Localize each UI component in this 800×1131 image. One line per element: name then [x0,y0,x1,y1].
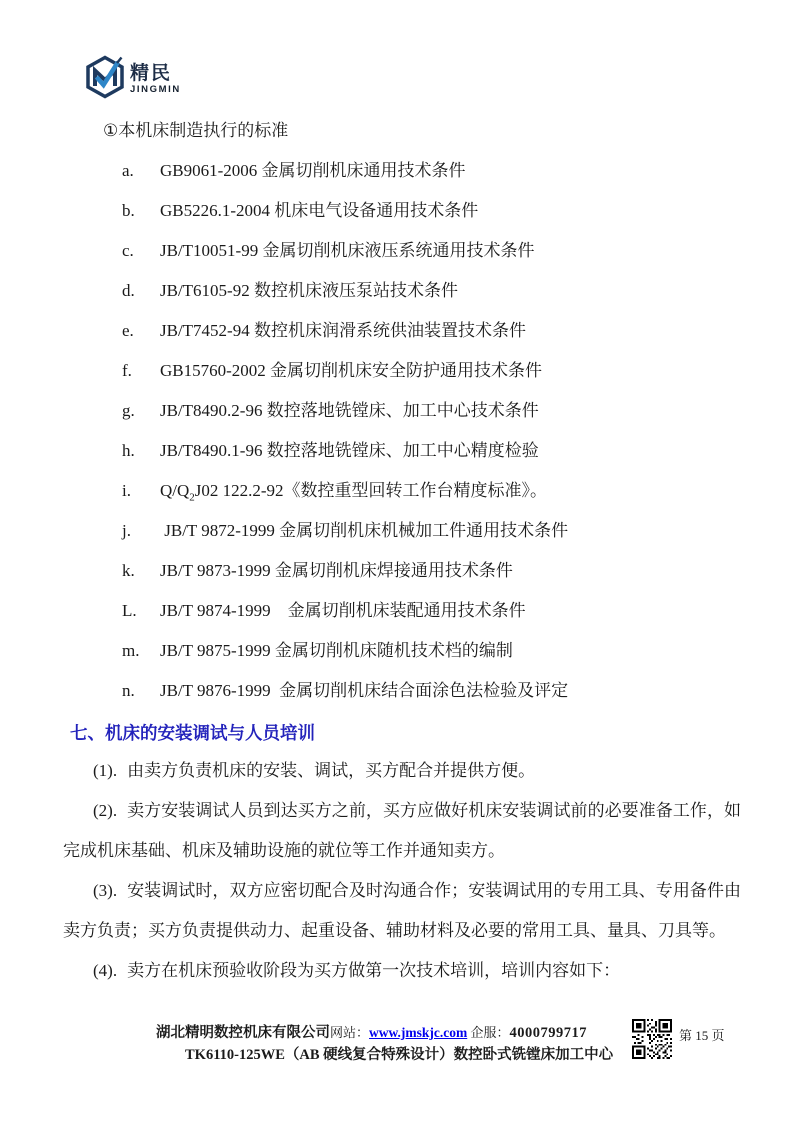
paragraph: (1).由卖方负责机床的安装、调试，买方配合并提供方便。 [63,751,741,791]
page-number: 第 15 页 [679,1025,725,1044]
paragraph-text: 由卖方负责机床的安装、调试，买方配合并提供方便。 [127,761,535,780]
standard-letter: m. [122,631,160,671]
standard-text: JB/T8490.1-96 数控落地铣镗床、加工中心精度检验 [160,441,539,460]
company-logo: 精民 JINGMIN [84,55,181,104]
standard-item: i.Q/Q2J02 122.2-92《数控重型回转工作台精度标准》。 [122,471,568,511]
standard-letter: e. [122,311,160,351]
standards-list: a.GB9061-2006 金属切削机床通用技术条件 b.GB5226.1-20… [122,151,568,711]
standard-item: c.JB/T10051-99 金属切削机床液压系统通用技术条件 [122,231,568,271]
standard-item: g.JB/T8490.2-96 数控落地铣镗床、加工中心技术条件 [122,391,568,431]
standard-text: JB/T 9876-1999 金属切削机床结合面涂色法检验及评定 [160,681,568,700]
standard-item: L.JB/T 9874-1999 金属切削机床装配通用技术条件 [122,591,568,631]
footer-company-name: 湖北精明数控机床有限公司 [156,1025,330,1041]
logo-company-en: JINGMIN [130,85,181,95]
standard-text: JB/T 9875-1999 金属切削机床随机技术档的编制 [160,641,513,660]
standard-letter: c. [122,231,160,271]
paragraph-text: 卖方安装调试人员到达买方之前，买方应做好机床安装调试前的必要准备工作，如完成机床… [63,801,741,860]
paragraph-number: (3). [93,881,117,900]
standard-text-pre: Q/Q [160,481,189,500]
standard-letter: j. [122,511,160,551]
standard-item: h.JB/T8490.1-96 数控落地铣镗床、加工中心精度检验 [122,431,568,471]
standard-text: JB/T7452-94 数控机床润滑系统供油装置技术条件 [160,321,526,340]
standard-letter: n. [122,671,160,711]
standard-text: JB/T 9874-1999 金属切削机床装配通用技术条件 [160,601,526,620]
footer-site-label: 网站： [330,1025,369,1040]
standard-text: GB15760-2002 金属切削机床安全防护通用技术条件 [160,361,542,380]
standard-item: a.GB9061-2006 金属切削机床通用技术条件 [122,151,568,191]
standard-letter: h. [122,431,160,471]
standard-text: JB/T 9873-1999 金属切削机床焊接通用技术条件 [160,561,513,580]
footer-service-phone: 4000799717 [510,1025,588,1041]
standard-letter: g. [122,391,160,431]
qr-code-icon [632,1019,672,1059]
footer-service-label: 企服： [467,1025,509,1040]
paragraph-text: 卖方在机床预验收阶段为买方做第一次技术培训，培训内容如下： [127,961,620,980]
standard-letter: L. [122,591,160,631]
footer-machine-model: TK6110-125WE（AB 硬线复合特殊设计）数控卧式铣镗床加工中心 [185,1043,613,1064]
document-page: 精民 JINGMIN ①本机床制造执行的标准 a.GB9061-2006 金属切… [0,0,800,1131]
paragraph: (3).安装调试时，双方应密切配合及时沟通合作；安装调试用的专用工具、专用备件由… [63,871,741,951]
standard-item: n.JB/T 9876-1999 金属切削机床结合面涂色法检验及评定 [122,671,568,711]
standard-letter: b. [122,191,160,231]
standard-text: GB5226.1-2004 机床电气设备通用技术条件 [160,201,478,220]
standard-text: GB9061-2006 金属切削机床通用技术条件 [160,161,466,180]
standard-letter: i. [122,471,160,511]
standard-letter: a. [122,151,160,191]
standards-intro: ①本机床制造执行的标准 [103,116,288,141]
standard-item: e.JB/T7452-94 数控机床润滑系统供油装置技术条件 [122,311,568,351]
standard-text: JB/T10051-99 金属切削机床液压系统通用技术条件 [160,241,534,260]
paragraph-number: (2). [93,801,117,820]
paragraphs: (1).由卖方负责机床的安装、调试，买方配合并提供方便。 (2).卖方安装调试人… [63,751,741,991]
logo-text: 精民 JINGMIN [130,64,181,95]
footer-line1: 湖北精明数控机床有限公司网站：www.jmskjc.com 企服：4000799… [156,1021,587,1042]
section-heading: 七、机床的安装调试与人员培训 [70,720,315,745]
standard-text-post: J02 122.2-92《数控重型回转工作台精度标准》。 [195,481,547,500]
footer-website-link[interactable]: www.jmskjc.com [369,1025,467,1040]
logo-company-cn: 精民 [130,64,181,83]
paragraph-number: (1). [93,761,117,780]
standard-item: d.JB/T6105-92 数控机床液压泵站技术条件 [122,271,568,311]
paragraph: (4).卖方在机床预验收阶段为买方做第一次技术培训，培训内容如下： [63,951,741,991]
standard-text: JB/T6105-92 数控机床液压泵站技术条件 [160,281,458,300]
standard-text: JB/T8490.2-96 数控落地铣镗床、加工中心技术条件 [160,401,539,420]
paragraph-number: (4). [93,961,117,980]
standard-letter: d. [122,271,160,311]
standard-text: JB/T 9872-1999 金属切削机床机械加工件通用技术条件 [160,521,568,540]
standard-item: m.JB/T 9875-1999 金属切削机床随机技术档的编制 [122,631,568,671]
paragraph-text: 安装调试时，双方应密切配合及时沟通合作；安装调试用的专用工具、专用备件由卖方负责… [63,881,741,940]
standard-letter: k. [122,551,160,591]
standard-item: k.JB/T 9873-1999 金属切削机床焊接通用技术条件 [122,551,568,591]
standard-item: j. JB/T 9872-1999 金属切削机床机械加工件通用技术条件 [122,511,568,551]
standard-item: f.GB15760-2002 金属切削机床安全防护通用技术条件 [122,351,568,391]
paragraph: (2).卖方安装调试人员到达买方之前，买方应做好机床安装调试前的必要准备工作，如… [63,791,741,871]
standard-letter: f. [122,351,160,391]
standard-item: b.GB5226.1-2004 机床电气设备通用技术条件 [122,191,568,231]
hexagon-m-check-logo-icon [84,55,126,104]
standard-text: Q/Q2J02 122.2-92《数控重型回转工作台精度标准》。 [160,481,547,500]
